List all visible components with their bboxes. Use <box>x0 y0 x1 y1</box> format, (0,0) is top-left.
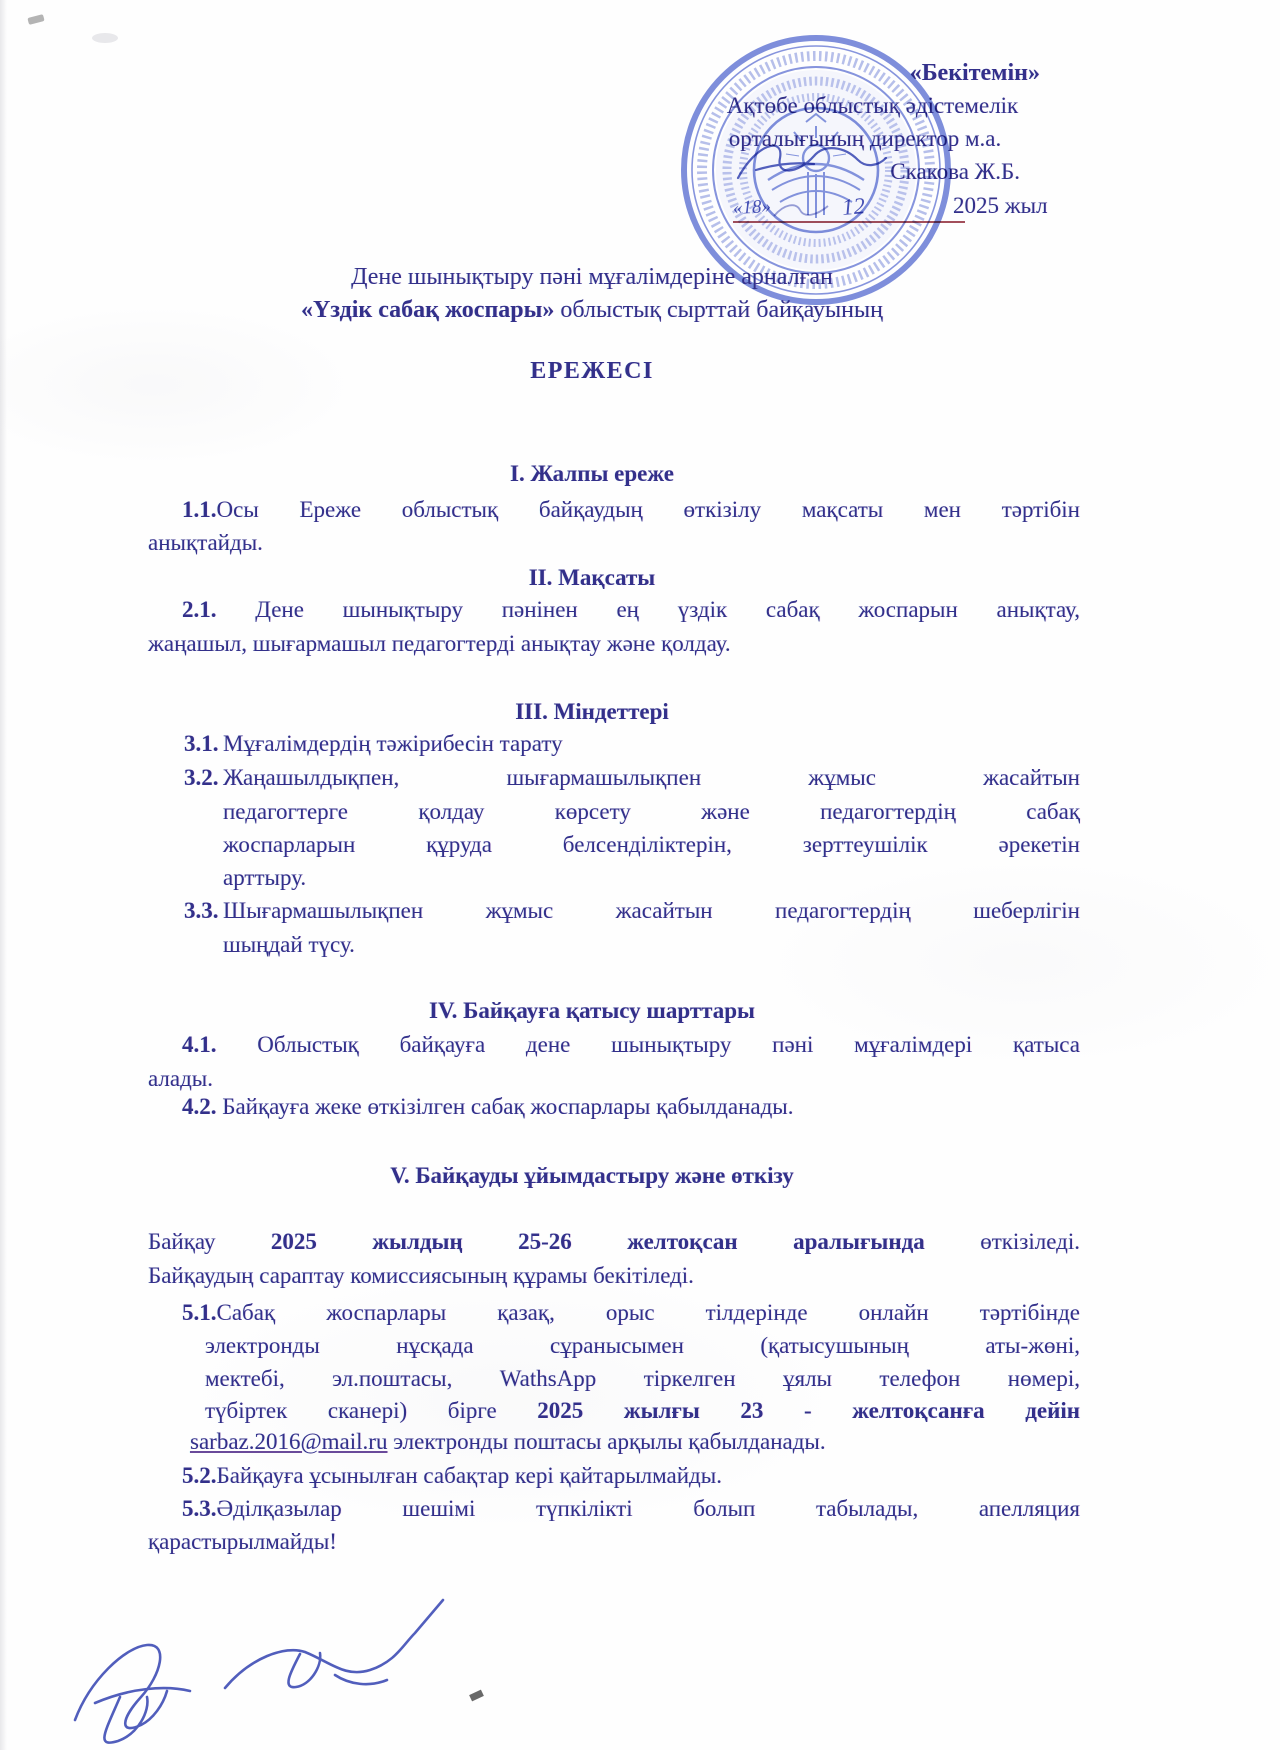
clause-5-1-line5: sarbaz.2016@mail.ru электронды поштасы а… <box>190 1427 826 1457</box>
document-type-label: ЕРЕЖЕСІ <box>148 356 1080 386</box>
clause-5-3-line1: 5.3.Әділқазылар шешімі түпкілікті болып … <box>182 1494 1080 1524</box>
scan-smudge <box>27 14 44 25</box>
clause-3-3-line2: шыңдай түсу. <box>223 930 355 960</box>
clause-5-1-line4-pre: түбіртек сканері) бірге <box>205 1398 497 1423</box>
clause-1-1-line1: 1.1.Осы Ереже облыстық байқаудың өткізіл… <box>182 495 1080 525</box>
section-1-heading: I. Жалпы ереже <box>148 459 1080 489</box>
section-3-heading: III. Міндеттері <box>148 697 1080 727</box>
clause-3-2-line4: арттыру. <box>223 863 306 893</box>
intro-pre: Байқау <box>148 1229 215 1254</box>
document-title-line2: «Үздік сабақ жоспары» облыстық сырттай б… <box>148 295 1080 325</box>
intro-post: өткізіледі. <box>980 1229 1080 1254</box>
clause-5-3-line2: қарастырылмайды! <box>148 1527 337 1557</box>
clause-3-1-number: 3.1. <box>184 729 219 759</box>
clause-5-1-line4: түбіртек сканері) бірге 2025 жылғы 23 - … <box>205 1396 1080 1426</box>
clause-4-2-line1: 4.2. Байқауға жеке өткізілген сабақ жосп… <box>182 1092 794 1122</box>
clause-3-3-number: 3.3. <box>184 896 219 926</box>
clause-4-1-number: 4.1. <box>182 1032 217 1057</box>
email-address: sarbaz.2016@mail.ru <box>190 1429 387 1454</box>
section-2-heading: II. Мақсаты <box>148 563 1080 593</box>
clause-5-1-text: Сабақ жоспарлары қазақ, орыс тілдерінде … <box>217 1300 1081 1325</box>
clause-3-2-line3: жоспарларын құруда белсенділіктерін, зер… <box>223 830 1080 860</box>
clause-5-2-text: Байқауға ұсынылған сабақтар кері қайтары… <box>217 1463 722 1488</box>
document-title-line1: Дене шынықтыру пәні мұғалімдеріне арналғ… <box>148 262 1080 292</box>
scanned-document-page: «Бекітемін» Ақтөбе облыстық әдістемелік … <box>0 0 1280 1750</box>
clause-3-2-line1: Жаңашылдықпен, шығармашылықпен жұмыс жас… <box>223 763 1080 793</box>
clause-1-1-text: Осы Ереже облыстық байқаудың өткізілу ма… <box>217 497 1081 522</box>
clause-5-1-line1: 5.1.Сабақ жоспарлары қазақ, орыс тілдері… <box>182 1298 1080 1328</box>
document-body: Дене шынықтыру пәні мұғалімдеріне арналғ… <box>148 0 1080 1750</box>
section-4-heading: IV. Байқауға қатысу шарттары <box>148 996 1080 1026</box>
section-5-intro-line1: Байқау 2025 жылдың 25-26 желтоқсан аралы… <box>148 1227 1080 1257</box>
clause-5-1-number: 5.1. <box>182 1300 217 1325</box>
clause-4-1-line2: алады. <box>148 1064 213 1094</box>
clause-5-1-line3: мектебі, эл.поштасы, WathsApp тіркелген … <box>205 1364 1080 1394</box>
clause-3-3-line1: Шығармашылықпен жұмыс жасайтын педагогте… <box>223 896 1080 926</box>
clause-5-1-line2: электронды нұсқада сұранысымен (қатысушы… <box>205 1331 1080 1361</box>
section-5-intro-line2: Байқаудың сараптау комиссиясының құрамы … <box>148 1261 694 1291</box>
scan-smudge <box>92 33 118 43</box>
clause-2-1-line2: жаңашыл, шығармашыл педагогтерді анықтау… <box>148 629 731 659</box>
title-line2-rest: облыстық сырттай байқауының <box>554 297 883 323</box>
clause-5-2-number: 5.2. <box>182 1463 217 1488</box>
clause-1-1-number: 1.1. <box>182 497 217 522</box>
clause-3-2-line2: педагогтерге қолдау көрсету және педагог… <box>223 797 1080 827</box>
title-quoted-name: «Үздік сабақ жоспары» <box>301 297 554 323</box>
section-5-heading: V. Байқауды ұйымдастыру және өткізу <box>148 1161 1080 1191</box>
clause-5-1-deadline: 2025 жылғы 23 - желтоқсанға дейін <box>537 1398 1080 1423</box>
clause-5-3-number: 5.3. <box>182 1496 217 1521</box>
clause-4-2-number: 4.2. <box>182 1094 217 1119</box>
clause-3-1-text: Мұғалімдердің тәжірибесін тарату <box>223 729 1080 759</box>
clause-2-1-text: Дене шынықтыру пәнінен ең үздік сабақ жо… <box>255 597 1080 622</box>
clause-3-2-number: 3.2. <box>184 763 219 793</box>
handwritten-signatures <box>35 1585 505 1750</box>
clause-5-2-line1: 5.2.Байқауға ұсынылған сабақтар кері қай… <box>182 1461 722 1491</box>
clause-5-1-line5-rest: электронды поштасы арқылы қабылданады. <box>393 1429 825 1454</box>
clause-2-1-line1: 2.1. Дене шынықтыру пәнінен ең үздік саб… <box>182 595 1080 625</box>
clause-5-3-text: Әділқазылар шешімі түпкілікті болып табы… <box>217 1496 1081 1521</box>
clause-4-2-text: Байқауға жеке өткізілген сабақ жоспарлар… <box>222 1094 793 1119</box>
intro-dates: 2025 жылдың 25-26 желтоқсан аралығында <box>271 1229 925 1254</box>
clause-4-1-text: Облыстық байқауға дене шынықтыру пәні мұ… <box>257 1032 1080 1057</box>
scan-edge-shadow <box>0 0 7 1750</box>
clause-2-1-number: 2.1. <box>182 597 217 622</box>
clause-1-1-line2: анықтайды. <box>148 528 263 558</box>
clause-4-1-line1: 4.1. Облыстық байқауға дене шынықтыру пә… <box>182 1030 1080 1060</box>
